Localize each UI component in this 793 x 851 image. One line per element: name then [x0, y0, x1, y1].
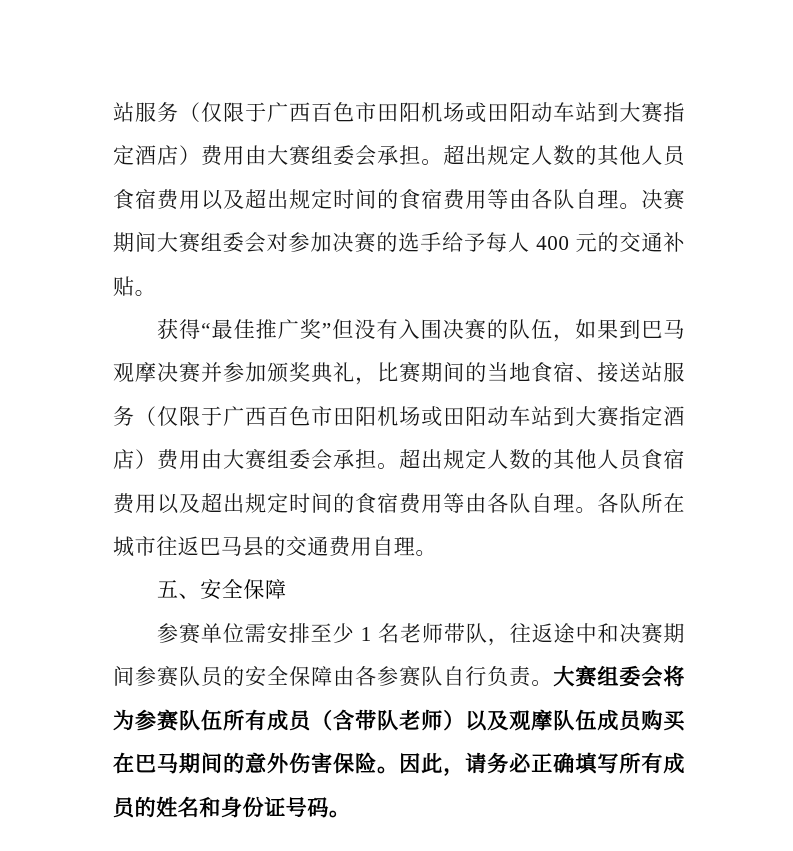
paragraph-safety: 参赛单位需安排至少 1 名老师带队，往返途中和决赛期间参赛队员的安全保障由各参赛… — [113, 613, 685, 830]
section-heading-safety: 五、安全保障 — [113, 569, 685, 612]
document-page: 站服务（仅限于广西百色市田阳机场或田阳动车站到大赛指定酒店）费用由大赛组委会承担… — [0, 0, 793, 851]
paragraph-fees-continuation: 站服务（仅限于广西百色市田阳机场或田阳动车站到大赛指定酒店）费用由大赛组委会承担… — [113, 92, 685, 309]
document-text-block: 站服务（仅限于广西百色市田阳机场或田阳动车站到大赛指定酒店）费用由大赛组委会承担… — [113, 92, 685, 830]
paragraph-promotion-award: 获得“最佳推广奖”但没有入围决赛的队伍，如果到巴马观摩决赛并参加颁奖典礼，比赛期… — [113, 309, 685, 569]
